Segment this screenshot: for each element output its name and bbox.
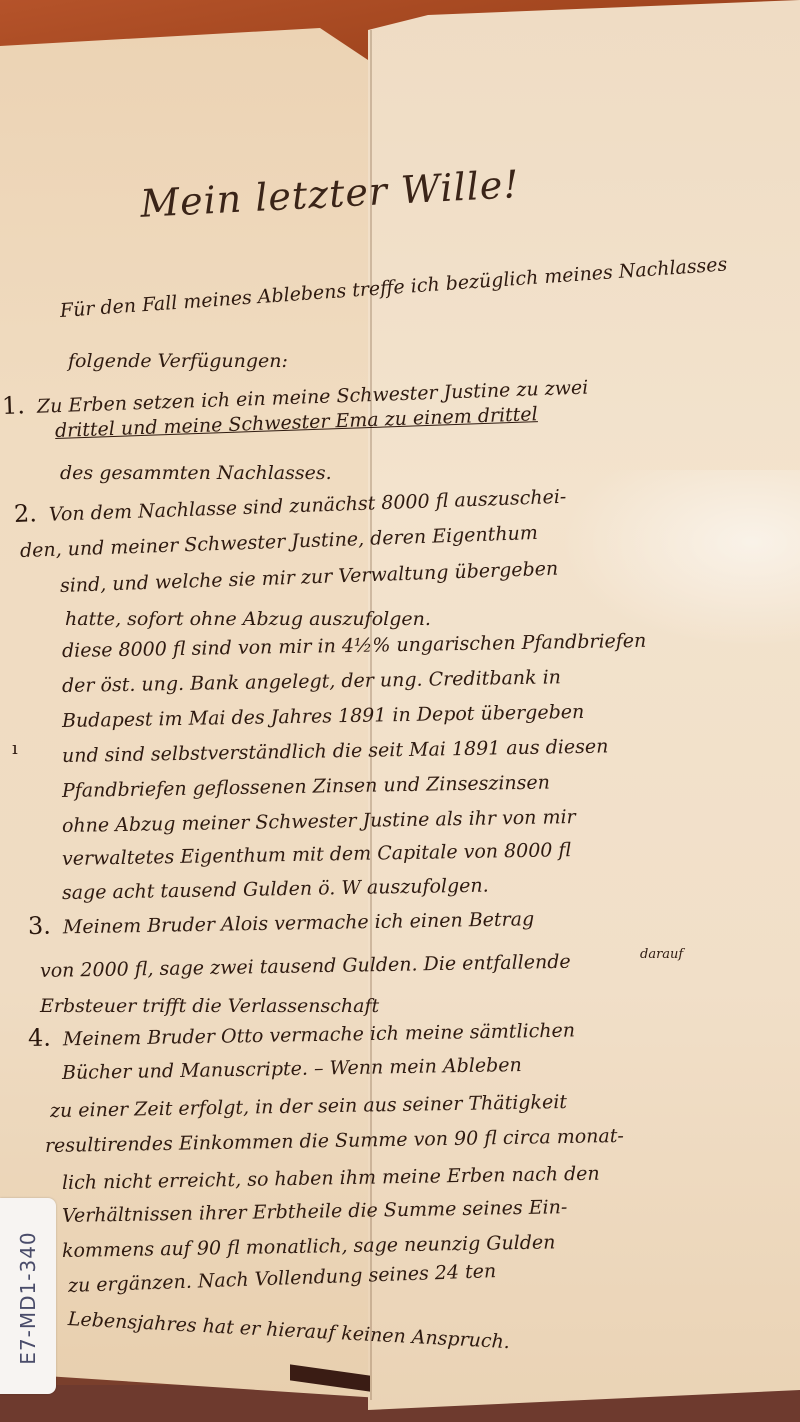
archive-label-sticker: E7-MD1-340 [0, 1198, 56, 1394]
insertion-note: darauf [640, 947, 683, 962]
item-number: 1. [2, 391, 26, 420]
item-number: 3. [28, 912, 51, 940]
item-3-line: Erbsteuer trifft die Verlassenschaft [40, 995, 379, 1017]
margin-mark: ı [12, 738, 18, 759]
item-2-line: hatte, sofort ohne Abzug auszufolgen. [65, 608, 431, 630]
intro-line: folgende Verfügungen: [68, 350, 288, 372]
light-glare [560, 470, 800, 650]
item-number: 4. [28, 1024, 51, 1052]
item-number: 2. [14, 499, 38, 528]
archive-label-text: E7-MD1-340 [16, 1200, 40, 1396]
item-1-line: des gesammten Nachlasses. [60, 462, 332, 484]
